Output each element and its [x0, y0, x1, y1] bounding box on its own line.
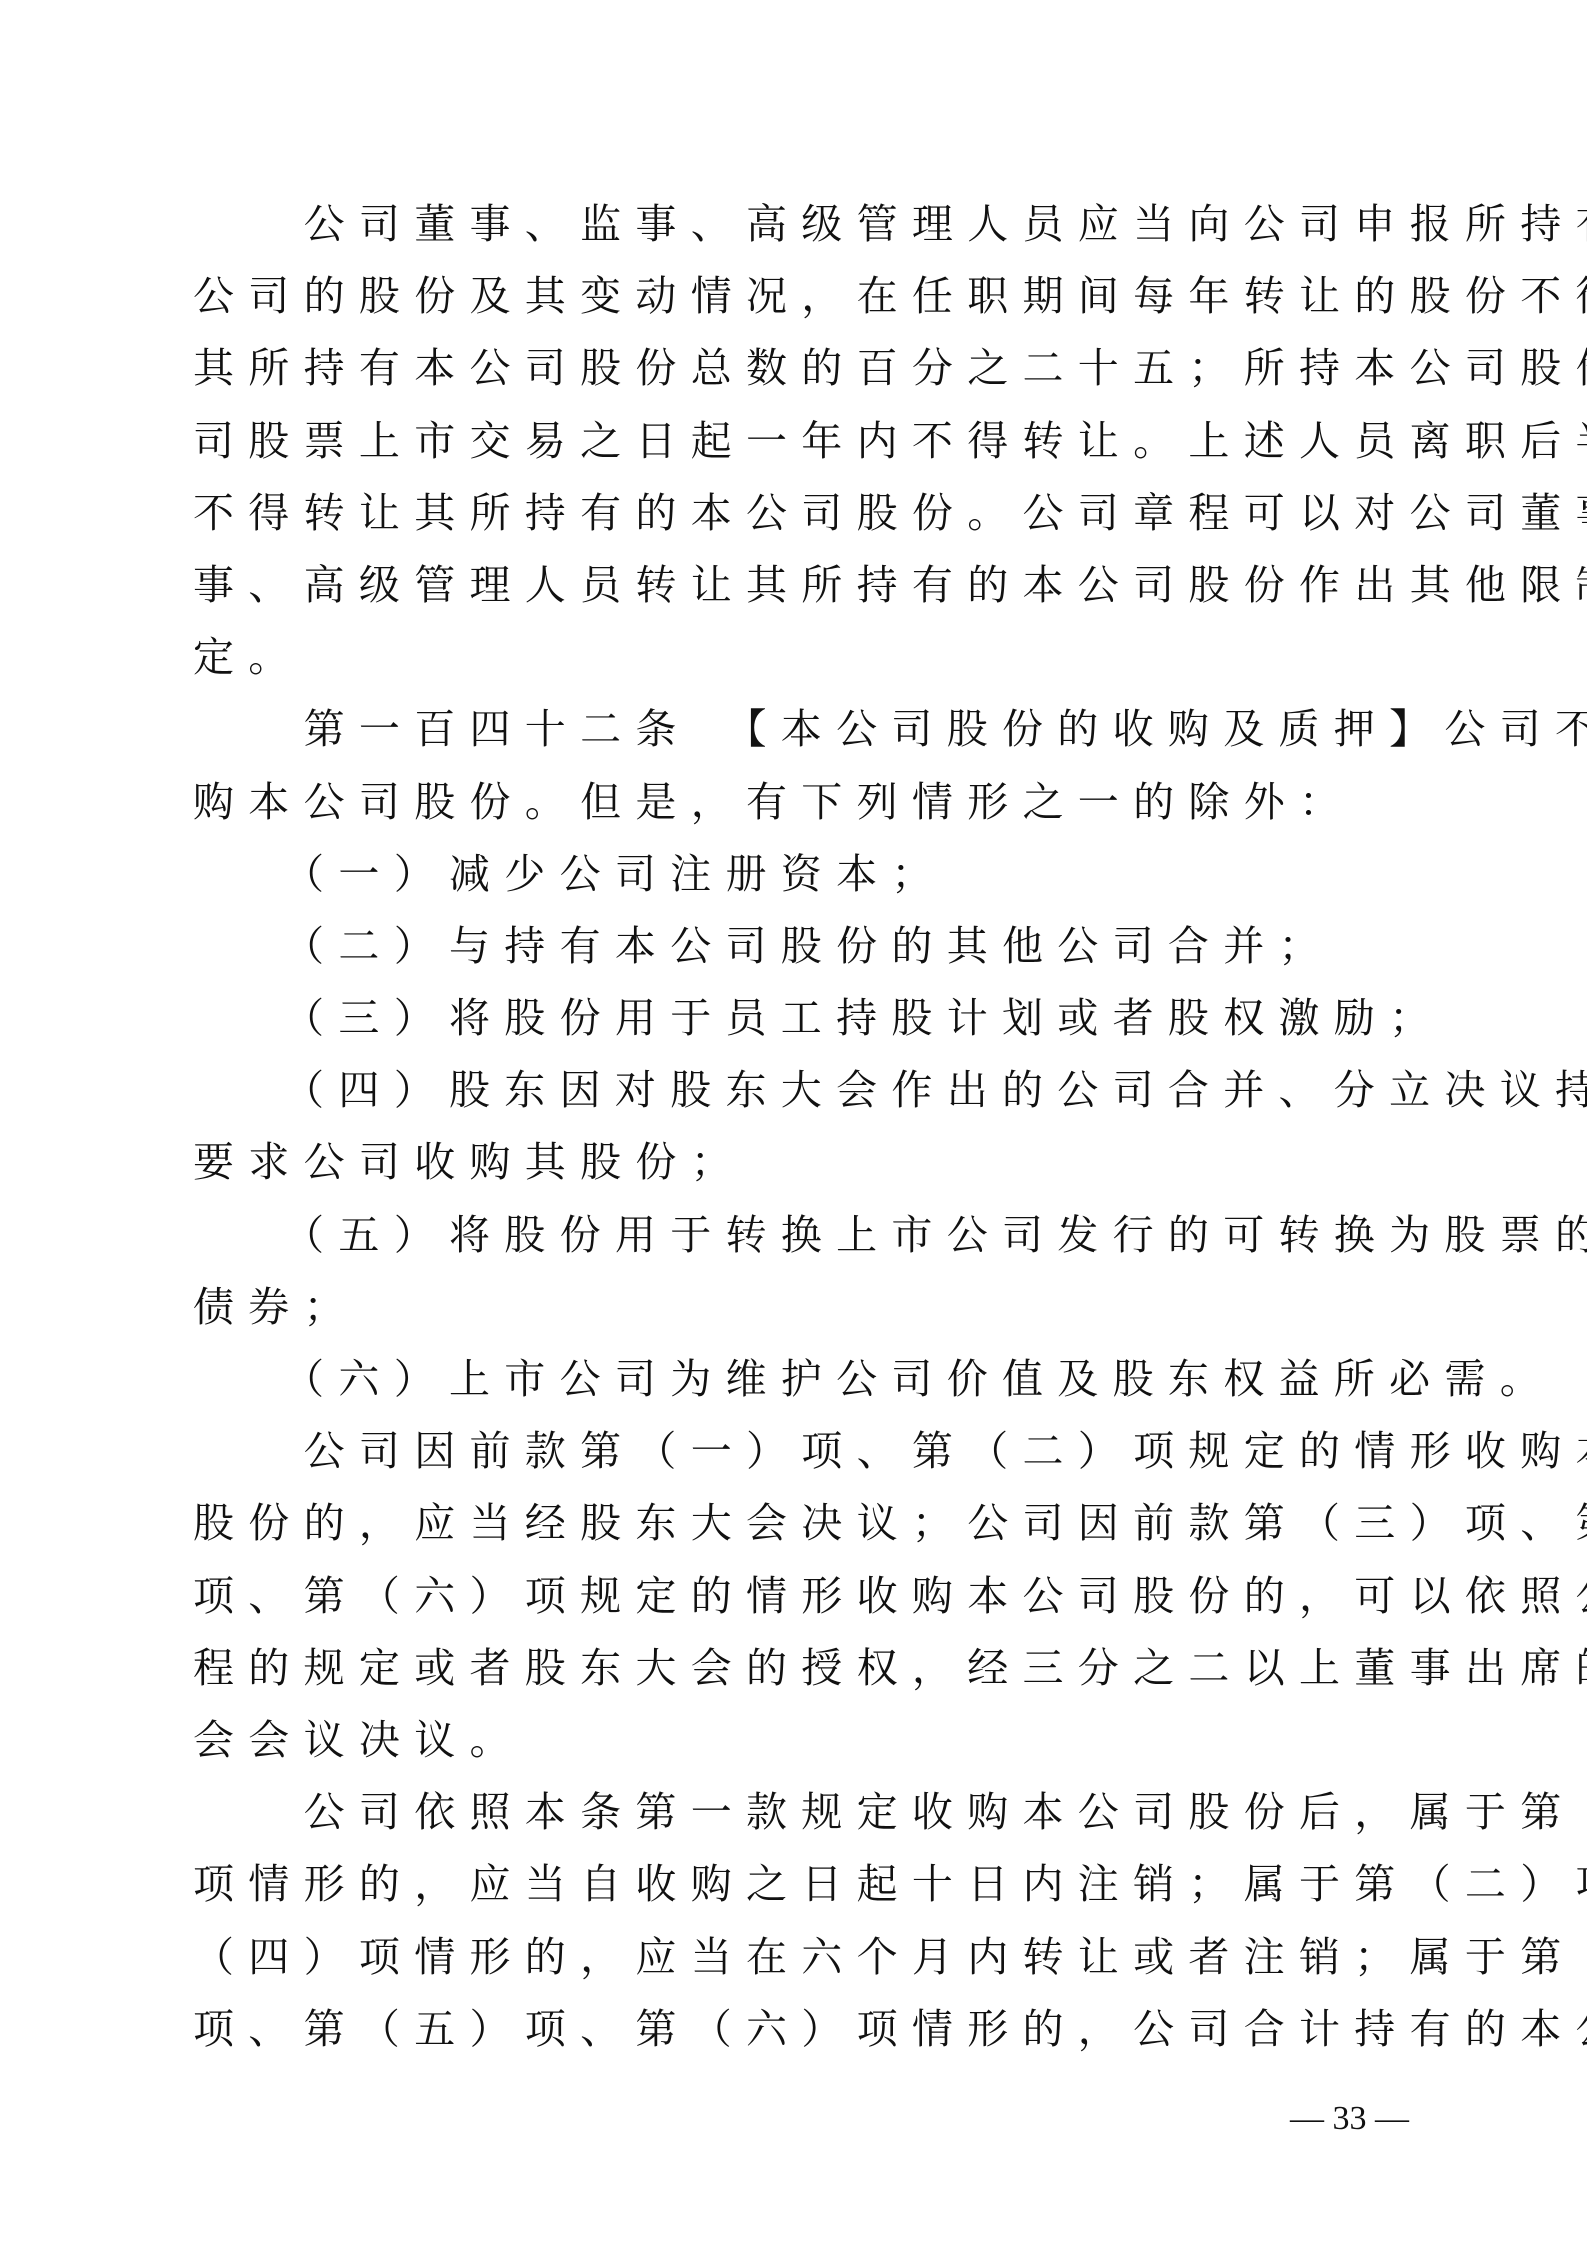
list-item: （三）将股份用于员工持股计划或者股权激励；	[193, 982, 1411, 1054]
page-number: — 33 —	[1290, 2100, 1430, 2138]
text-line: 司股票上市交易之日起一年内不得转让。上述人员离职后半年内，	[193, 405, 1411, 477]
list-item-continuation: 要求公司收购其股份；	[193, 1126, 1411, 1198]
document-body: 公司董事、监事、高级管理人员应当向公司申报所持有的本 公司的股份及其变动情况，在…	[193, 188, 1411, 2065]
list-item: （一）减少公司注册资本；	[193, 838, 1411, 910]
list-item-continuation: 债券；	[193, 1271, 1411, 1343]
text-line: 程的规定或者股东大会的授权，经三分之二以上董事出席的董事	[193, 1632, 1411, 1704]
text-line: 公司的股份及其变动情况，在任职期间每年转让的股份不得超过	[193, 260, 1411, 332]
text-line: 定。	[193, 621, 1411, 693]
text-line: 股份的，应当经股东大会决议；公司因前款第（三）项、第（五）	[193, 1487, 1411, 1559]
text-line: 事、高级管理人员转让其所持有的本公司股份作出其他限制性规	[193, 549, 1411, 621]
text-line: 其所持有本公司股份总数的百分之二十五；所持本公司股份自公	[193, 332, 1411, 404]
text-line: 不得转让其所持有的本公司股份。公司章程可以对公司董事、监	[193, 477, 1411, 549]
article-heading-line: 第一百四十二条 【本公司股份的收购及质押】公司不得收	[193, 693, 1411, 765]
text-line: 项、第（六）项规定的情形收购本公司股份的，可以依照公司章	[193, 1560, 1411, 1632]
text-line: （四）项情形的，应当在六个月内转让或者注销；属于第（三）	[193, 1921, 1411, 1993]
list-item: （六）上市公司为维护公司价值及股东权益所必需。	[193, 1343, 1411, 1415]
list-item: （二）与持有本公司股份的其他公司合并；	[193, 910, 1411, 982]
list-item: （五）将股份用于转换上市公司发行的可转换为股票的公司	[193, 1199, 1411, 1271]
text-line: 购本公司股份。但是，有下列情形之一的除外：	[193, 766, 1411, 838]
text-line: 项、第（五）项、第（六）项情形的，公司合计持有的本公司股	[193, 1993, 1411, 2065]
text-line: 项情形的，应当自收购之日起十日内注销；属于第（二）项、第	[193, 1848, 1411, 1920]
list-item: （四）股东因对股东大会作出的公司合并、分立决议持异议，	[193, 1054, 1411, 1126]
text-line: 公司因前款第（一）项、第（二）项规定的情形收购本公司	[193, 1415, 1411, 1487]
text-line: 会会议决议。	[193, 1704, 1411, 1776]
text-line: 公司依照本条第一款规定收购本公司股份后，属于第（一）	[193, 1776, 1411, 1848]
text-line: 公司董事、监事、高级管理人员应当向公司申报所持有的本	[193, 188, 1411, 260]
